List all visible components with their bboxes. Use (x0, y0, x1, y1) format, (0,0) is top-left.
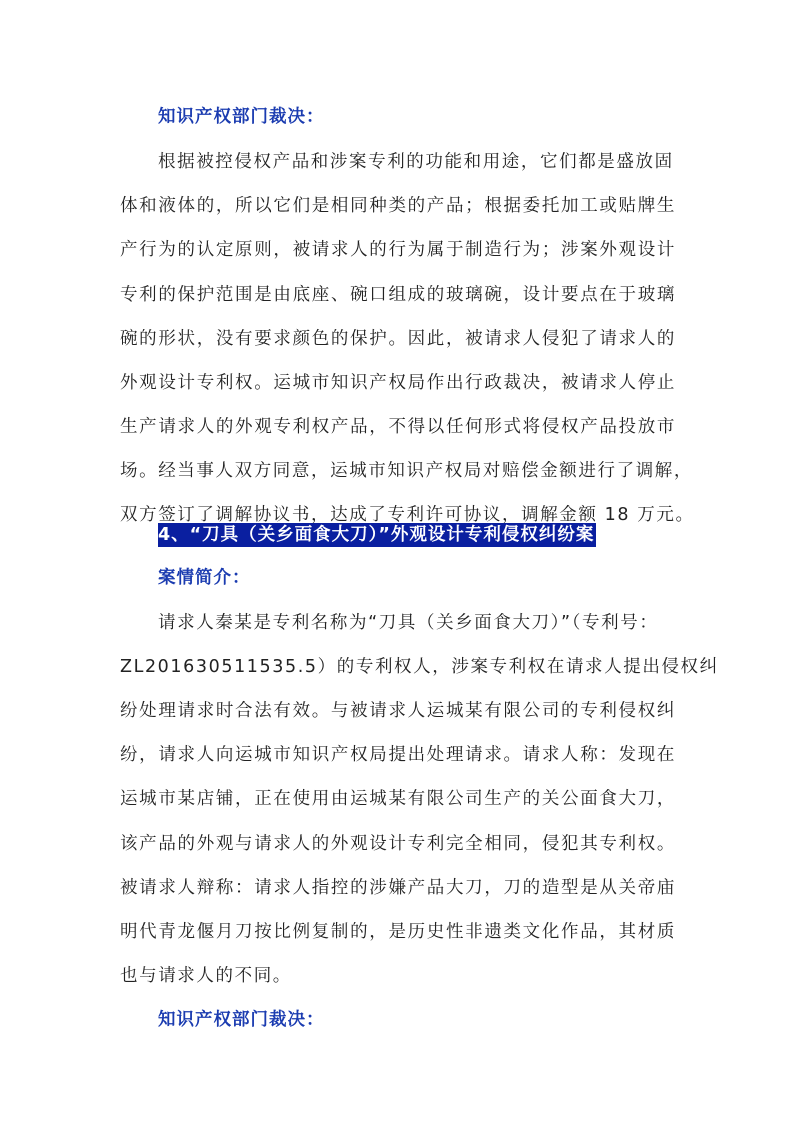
summary-line: 请求人秦某是专利名称为“刀具（关乡面食大刀）”（专利号： (158, 611, 718, 635)
paragraph-line: 生产请求人的外观专利权产品，不得以任何形式将侵权产品投放市 (120, 415, 676, 439)
summary-line: 被请求人辩称：请求人指控的涉嫌产品大刀，刀的造型是从关帝庙 (120, 876, 676, 900)
paragraph-line: 场。经当事人双方同意，运城市知识产权局对赔偿金额进行了调解， (120, 459, 676, 483)
summary-line: 明代青龙偃月刀按比例复制的，是历史性非遗类文化作品，其材质 (120, 920, 676, 944)
paragraph-line: 外观设计专利权。运城市知识产权局作出行政裁决，被请求人停止 (120, 371, 676, 395)
paragraph-line: 产行为的认定原则，被请求人的行为属于制造行为；涉案外观设计 (120, 238, 676, 262)
section-heading-summary: 案情简介： (158, 566, 718, 590)
case-title: 4、“刀具（关乡面食大刀）”外观设计专利侵权纠纷案 (158, 523, 596, 547)
section-heading-ruling-2: 知识产权部门裁决： (158, 1008, 718, 1032)
summary-line: 运城市某店铺，正在使用由运城某有限公司生产的关公面食大刀， (120, 787, 676, 811)
paragraph-line: 碗的形状，没有要求颜色的保护。因此，被请求人侵犯了请求人的 (120, 327, 676, 351)
section-heading-ruling: 知识产权部门裁决： (158, 105, 718, 129)
paragraph-line: 根据被控侵权产品和涉案专利的功能和用途，它们都是盛放固 (158, 150, 718, 174)
summary-line: 纷，请求人向运城市知识产权局提出处理请求。请求人称：发现在 (120, 743, 676, 767)
document-page: 知识产权部门裁决： 根据被控侵权产品和涉案专利的功能和用途，它们都是盛放固 体和… (0, 0, 793, 1122)
summary-line: ZL201630511535.5）的专利权人，涉案专利权在请求人提出侵权纠 (120, 655, 676, 679)
paragraph-line: 专利的保护范围是由底座、碗口组成的玻璃碗，设计要点在于玻璃 (120, 283, 676, 307)
summary-line: 纷处理请求时合法有效。与被请求人运城某有限公司的专利侵权纠 (120, 699, 676, 723)
paragraph-line: 体和液体的，所以它们是相同种类的产品；根据委托加工或贴牌生 (120, 194, 676, 218)
summary-line: 也与请求人的不同。 (120, 964, 680, 988)
summary-line: 该产品的外观与请求人的外观设计专利完全相同，侵犯其专利权。 (120, 832, 676, 856)
